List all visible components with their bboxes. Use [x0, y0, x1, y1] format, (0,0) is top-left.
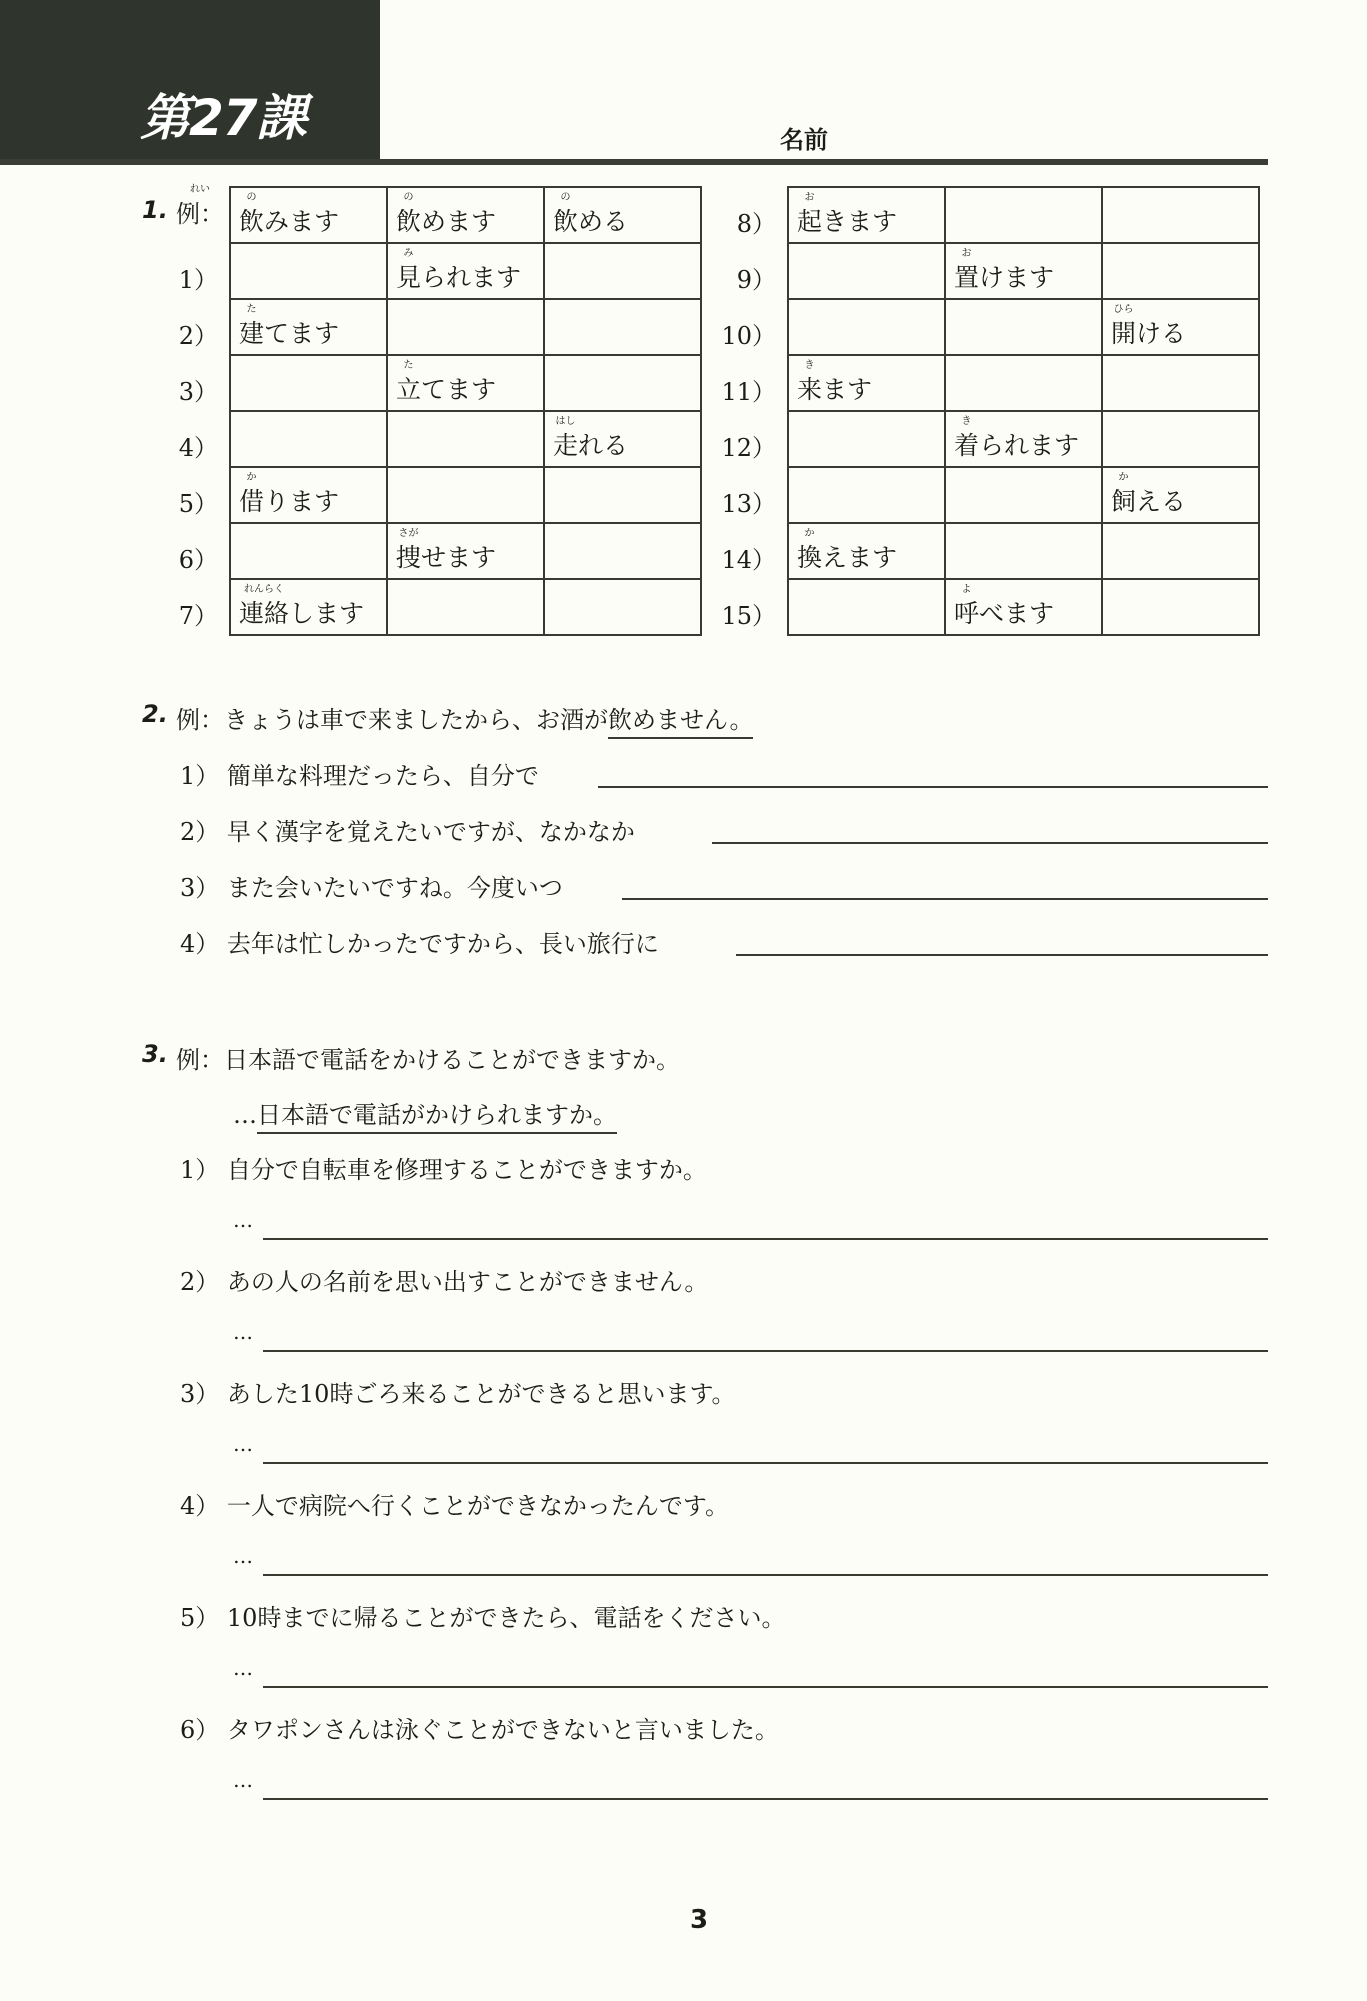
- answer-cell[interactable]: [945, 355, 1102, 411]
- row-label: 5）: [148, 484, 218, 519]
- given-cell: み見られます: [387, 243, 544, 299]
- table-row: み見られます: [230, 243, 701, 299]
- answer-cell[interactable]: [544, 579, 701, 635]
- answer-cell[interactable]: [945, 523, 1102, 579]
- given-cell: か借ります: [230, 467, 387, 523]
- item-text: 去年は忙しかったですから、長い旅行に: [227, 930, 659, 958]
- item-label: 2）: [180, 818, 227, 846]
- section-3-item: 2） あの人の名前を思い出すことができません。: [180, 1262, 708, 1297]
- page-number: 3: [690, 1905, 708, 1935]
- answer-cell[interactable]: [387, 467, 544, 523]
- name-label: 名前: [780, 120, 828, 155]
- row-label: 6）: [148, 540, 218, 575]
- item-label: 2）: [180, 1268, 227, 1296]
- item-label: 4）: [180, 1492, 227, 1520]
- answer-cell[interactable]: [1102, 355, 1259, 411]
- given-cell: き着られます: [945, 411, 1102, 467]
- item-label: 6）: [180, 1716, 227, 1744]
- answer-line[interactable]: [712, 842, 1268, 844]
- row-label: 13）: [706, 484, 776, 519]
- table-row: よ呼べます: [788, 579, 1259, 635]
- answer-cell[interactable]: [1102, 411, 1259, 467]
- answer-cell[interactable]: [230, 355, 387, 411]
- section-2-item: 4） 去年は忙しかったですから、長い旅行に: [180, 924, 659, 959]
- given-cell: れんらく連絡します: [230, 579, 387, 635]
- table-row: お置けます: [788, 243, 1259, 299]
- given-cell: か換えます: [788, 523, 945, 579]
- table-row: ひら開ける: [788, 299, 1259, 355]
- section-2-item: 2） 早く漢字を覚えたいですが、なかなか: [180, 812, 635, 847]
- row-label: 3）: [148, 372, 218, 407]
- answer-cell[interactable]: [544, 243, 701, 299]
- answer-cell[interactable]: [387, 299, 544, 355]
- answer-cell[interactable]: [788, 579, 945, 635]
- table-row: か換えます: [788, 523, 1259, 579]
- answer-cell[interactable]: [387, 579, 544, 635]
- answer-cell[interactable]: [1102, 187, 1259, 243]
- row-label: 1）: [148, 260, 218, 295]
- section-2-item: 1） 簡単な料理だったら、自分で: [180, 756, 539, 791]
- table-row: れんらく連絡します: [230, 579, 701, 635]
- table-row: た立てます: [230, 355, 701, 411]
- section-1-number: 1.: [142, 196, 168, 224]
- row-label: 4）: [148, 428, 218, 463]
- row-label: 7）: [148, 596, 218, 631]
- item-text: 早く漢字を覚えたいですが、なかなか: [227, 818, 635, 846]
- row-label: 10）: [706, 316, 776, 351]
- row-label: 15）: [706, 596, 776, 631]
- answer-cell[interactable]: [945, 187, 1102, 243]
- section-3-example-answer: …日本語で電話がかけられますか。: [233, 1095, 617, 1130]
- table-row: お起きます: [788, 187, 1259, 243]
- answer-prefix: …: [233, 1768, 254, 1792]
- section-3-item: 6） タワポンさんは泳ぐことができないと言いました。: [180, 1710, 779, 1745]
- answer-cell[interactable]: [1102, 523, 1259, 579]
- answer-cell[interactable]: [387, 411, 544, 467]
- answer-line[interactable]: [263, 1686, 1268, 1688]
- item-label: 3）: [180, 1380, 227, 1408]
- item-text: 自分で自転車を修理することができますか。: [227, 1156, 707, 1184]
- row-label: 12）: [706, 428, 776, 463]
- given-cell: き来ます: [788, 355, 945, 411]
- answer-prefix: …: [233, 1208, 254, 1232]
- answer-line[interactable]: [263, 1798, 1268, 1800]
- given-cell: の飲みます: [230, 187, 387, 243]
- given-cell: はし走れる: [544, 411, 701, 467]
- section-3-item: 5） 10時までに帰ることができたら、電話をください。: [180, 1598, 785, 1633]
- table-row: の飲みますの飲めますの飲める: [230, 187, 701, 243]
- answer-prefix: …: [233, 1432, 254, 1456]
- given-cell: よ呼べます: [945, 579, 1102, 635]
- item-text: あの人の名前を思い出すことができません。: [227, 1268, 708, 1296]
- answer-cell[interactable]: [544, 523, 701, 579]
- answer-line[interactable]: [263, 1238, 1268, 1240]
- answer-line[interactable]: [263, 1350, 1268, 1352]
- given-cell: の飲めます: [387, 187, 544, 243]
- table-row: き来ます: [788, 355, 1259, 411]
- lesson-title: 第27課: [140, 78, 306, 150]
- item-label: 4）: [180, 930, 227, 958]
- item-label: 1）: [180, 1156, 227, 1184]
- answer-cell[interactable]: [788, 243, 945, 299]
- section-2-example: 例：きょうは車で来ましたから、お酒が飲めません。: [176, 700, 753, 735]
- table-row: た建てます: [230, 299, 701, 355]
- row-label: 11）: [706, 372, 776, 407]
- table-row: か飼える: [788, 467, 1259, 523]
- section-2-example-answer: 飲めません。: [608, 706, 753, 739]
- answer-line[interactable]: [736, 954, 1268, 956]
- section-1-example-label: れい例：: [176, 194, 224, 229]
- section-3-item: 1） 自分で自転車を修理することができますか。: [180, 1150, 707, 1185]
- answer-cell[interactable]: [230, 411, 387, 467]
- answer-cell[interactable]: [544, 299, 701, 355]
- answer-prefix: …: [233, 1320, 254, 1344]
- table-row: さが捜せます: [230, 523, 701, 579]
- section-3-item: 4） 一人で病院へ行くことができなかったんです。: [180, 1486, 729, 1521]
- row-label: 14）: [706, 540, 776, 575]
- answer-prefix: …: [233, 1656, 254, 1680]
- table-row: き着られます: [788, 411, 1259, 467]
- answer-cell[interactable]: [544, 355, 701, 411]
- answer-cell[interactable]: [1102, 243, 1259, 299]
- answer-cell[interactable]: [788, 299, 945, 355]
- answer-line[interactable]: [598, 786, 1268, 788]
- given-cell: か飼える: [1102, 467, 1259, 523]
- answer-cell[interactable]: [230, 523, 387, 579]
- row-label: 8）: [706, 204, 776, 239]
- item-label: 5）: [180, 1604, 227, 1632]
- answer-line[interactable]: [263, 1574, 1268, 1576]
- answer-cell[interactable]: [1102, 579, 1259, 635]
- given-cell: の飲める: [544, 187, 701, 243]
- table-row: はし走れる: [230, 411, 701, 467]
- item-label: 1）: [180, 762, 227, 790]
- given-cell: ひら開ける: [1102, 299, 1259, 355]
- given-cell: お置けます: [945, 243, 1102, 299]
- row-label: 2）: [148, 316, 218, 351]
- answer-line[interactable]: [263, 1462, 1268, 1464]
- answer-cell[interactable]: [788, 467, 945, 523]
- header-divider: [0, 159, 1268, 165]
- answer-cell[interactable]: [945, 467, 1102, 523]
- conjugation-table-right: お起きますお置けますひら開けるき来ますき着られますか飼えるか換えますよ呼べます: [787, 186, 1260, 636]
- given-cell: お起きます: [788, 187, 945, 243]
- item-label: 3）: [180, 874, 227, 902]
- answer-prefix: …: [233, 1544, 254, 1568]
- answer-cell[interactable]: [788, 411, 945, 467]
- given-cell: た建てます: [230, 299, 387, 355]
- item-text: 10時までに帰ることができたら、電話をください。: [227, 1604, 786, 1632]
- answer-cell[interactable]: [945, 299, 1102, 355]
- given-cell: た立てます: [387, 355, 544, 411]
- item-text: あした10時ごろ来ることができると思います。: [227, 1380, 736, 1408]
- given-cell: さが捜せます: [387, 523, 544, 579]
- answer-line[interactable]: [622, 898, 1268, 900]
- row-label: 9）: [706, 260, 776, 295]
- section-3-item: 3） あした10時ごろ来ることができると思います。: [180, 1374, 736, 1409]
- section-2-number: 2.: [142, 700, 168, 728]
- section-3-example-question: 例：日本語で電話をかけることができますか。: [176, 1040, 680, 1075]
- conjugation-table-left: の飲みますの飲めますの飲めるみ見られますた建てますた立てますはし走れるか借ります…: [229, 186, 702, 636]
- item-text: 簡単な料理だったら、自分で: [227, 762, 539, 790]
- section-3-number: 3.: [142, 1040, 168, 1068]
- answer-cell[interactable]: [544, 467, 701, 523]
- answer-cell[interactable]: [230, 243, 387, 299]
- section-2-item: 3） また会いたいですね。今度いつ: [180, 868, 563, 903]
- table-row: か借ります: [230, 467, 701, 523]
- item-text: また会いたいですね。今度いつ: [227, 874, 563, 902]
- item-text: タワポンさんは泳ぐことができないと言いました。: [227, 1716, 779, 1744]
- item-text: 一人で病院へ行くことができなかったんです。: [227, 1492, 729, 1520]
